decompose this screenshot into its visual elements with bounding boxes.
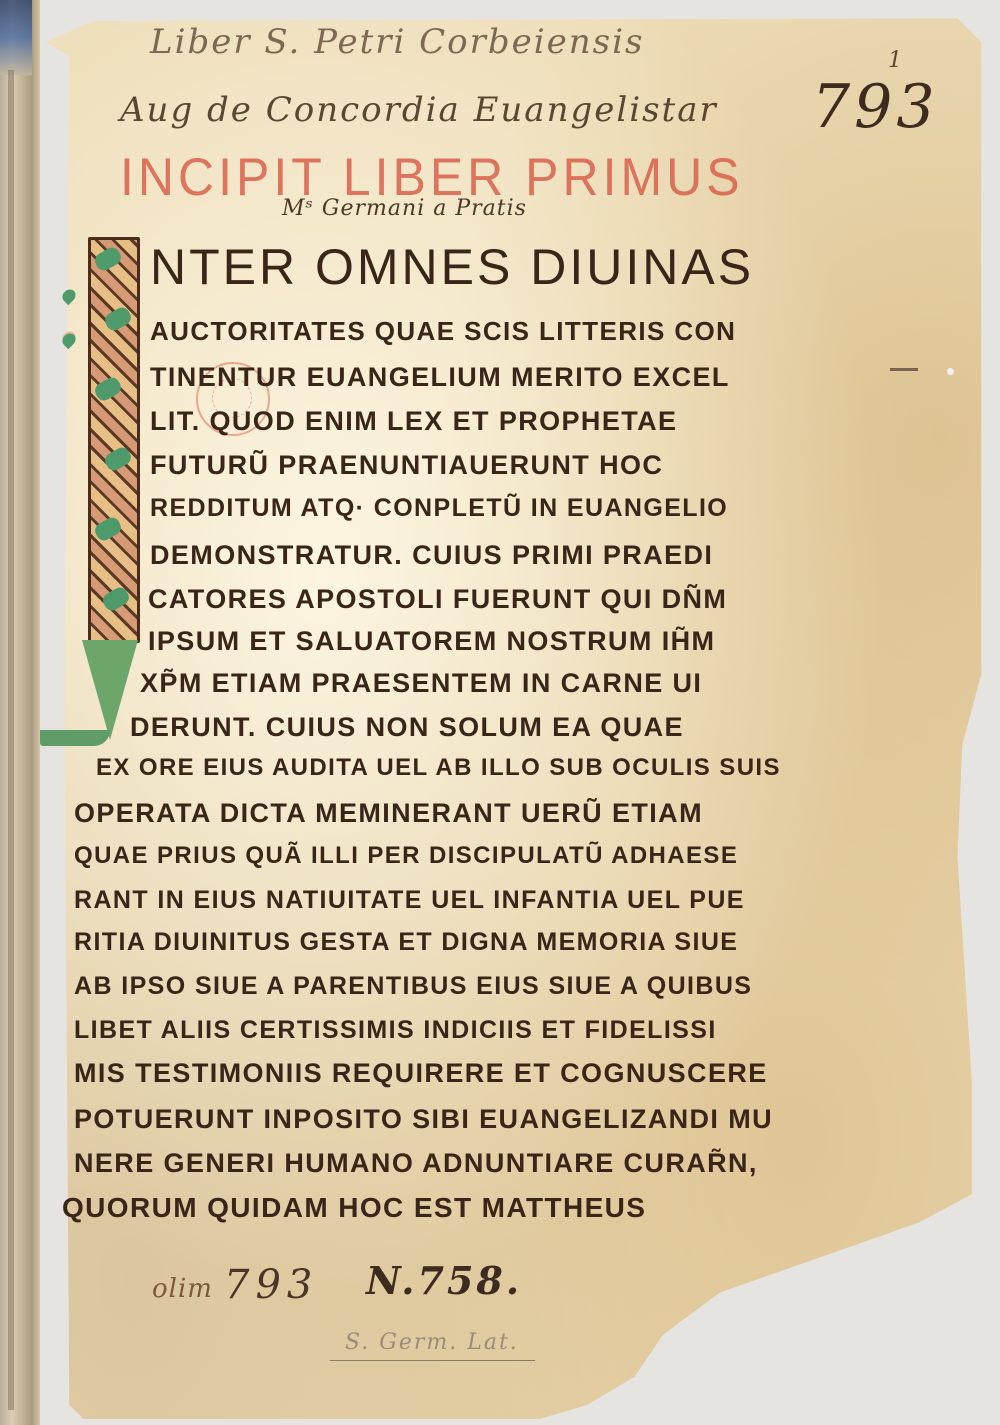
decorated-initial-i bbox=[88, 237, 140, 643]
ownership-note: Liber S. Petri Corbeiensis bbox=[150, 22, 644, 62]
initial-foot-ornament bbox=[40, 730, 110, 746]
shelfmark-underline bbox=[330, 1360, 535, 1361]
provenance-shelfmark: S. Germ. Lat. bbox=[345, 1330, 519, 1355]
text-line: TINENTUR EUANGELIUM MERITO EXCEL bbox=[150, 362, 730, 393]
parchment-hole bbox=[947, 368, 954, 375]
text-line: CATORES APOSTOLI FUERUNT QUI DÑM bbox=[148, 584, 727, 615]
shelf-number: 793 bbox=[812, 72, 939, 142]
text-line: QUORUM QUIDAM HOC EST MATTHEUS bbox=[62, 1192, 646, 1224]
text-line: LIBET ALIIS CERTISSIMIS INDICIIS ET FIDE… bbox=[74, 1016, 717, 1045]
text-line: REDDITUM ATQ· CONPLETŨ IN EUANGELIO bbox=[150, 494, 728, 523]
new-shelf-number: N.758. bbox=[366, 1258, 522, 1303]
old-shelf-number: 793 bbox=[224, 1262, 318, 1308]
olim-label: olim bbox=[152, 1274, 213, 1304]
title-note: Aug de Concordia Euangelistar bbox=[120, 90, 718, 130]
text-line: OPERATA DICTA MEMINERANT UERŨ ETIAM bbox=[74, 798, 703, 829]
text-line: IPSUM ET SALUATOREM NOSTRUM IH̃M bbox=[148, 626, 715, 657]
interlinear-provenance-note: Mˢ Germani a Pratis bbox=[282, 196, 527, 221]
corner-mark: 1 bbox=[888, 48, 904, 73]
binding-gutter bbox=[8, 70, 14, 1410]
text-line: NTER OMNES DIUINAS bbox=[150, 238, 754, 296]
text-line: MIS TESTIMONIIS REQUIRERE ET COGNUSCERE bbox=[74, 1058, 768, 1089]
binding-cover-edge bbox=[0, 0, 32, 75]
margin-dash-mark bbox=[890, 368, 918, 371]
text-line: DERUNT. CUIUS NON SOLUM EA QUAE bbox=[130, 712, 684, 743]
text-line: AB IPSO SIUE A PARENTIBUS EIUS SIUE A QU… bbox=[74, 972, 752, 1001]
text-line: LIT. QUOD ENIM LEX ET PROPHETAE bbox=[150, 406, 677, 437]
text-line: DEMONSTRATUR. CUIUS PRIMI PRAEDI bbox=[150, 540, 713, 571]
text-line: QUAE PRIUS QUÃ ILLI PER DISCIPULATŨ AD… bbox=[74, 842, 738, 870]
text-line: AUCTORITATES QUAE SCIS LITTERIS CON bbox=[150, 316, 736, 347]
text-line: RITIA DIUINITUS GESTA ET DIGNA MEMORIA S… bbox=[74, 928, 738, 957]
text-line: XP̃M ETIAM PRAESENTEM IN CARNE UI bbox=[140, 668, 702, 699]
text-line: FUTURŨ PRAENUNTIAUERUNT HOC bbox=[150, 450, 663, 481]
book-binding bbox=[0, 0, 40, 1425]
text-line: RANT IN EIUS NATIUITATE UEL INFANTIA UEL… bbox=[74, 886, 745, 915]
text-line: POTUERUNT INPOSITO SIBI EUANGELIZANDI MU bbox=[74, 1104, 773, 1135]
text-line: EX ORE EIUS AUDITA UEL AB ILLO SUB OCULI… bbox=[96, 754, 781, 782]
text-line: NERE GENERI HUMANO ADNUNTIARE CURAR̃N, bbox=[74, 1148, 758, 1179]
